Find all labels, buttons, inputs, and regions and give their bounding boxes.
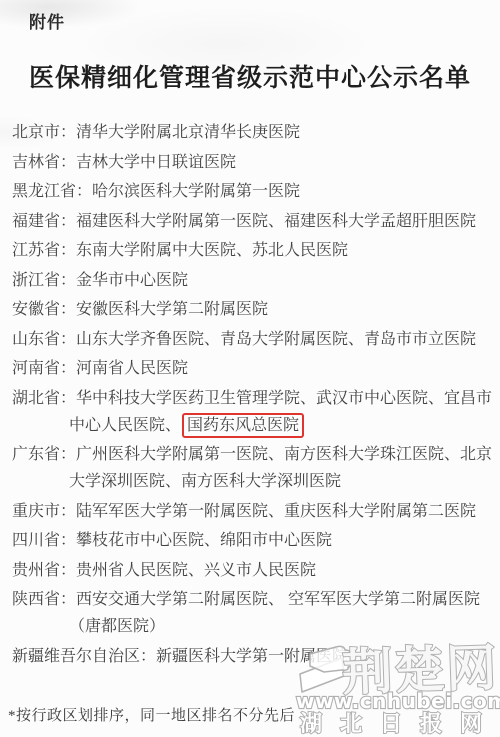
list-entry: 北京市：清华大学附属北京清华长庚医院 <box>12 119 496 146</box>
document-page: 附件 医保精细化管理省级示范中心公示名单 北京市：清华大学附属北京清华长庚医院吉… <box>0 0 500 737</box>
entry-line: 四川省：攀枝花市中心医院、绵阳市中心医院 <box>12 527 496 554</box>
entry-line: 浙江省：金华市中心医院 <box>12 267 496 294</box>
list-entry: 四川省：攀枝花市中心医院、绵阳市中心医院 <box>12 527 496 554</box>
watermark: 荆楚网 www.cnhubei.com 湖北日报网 <box>288 614 500 737</box>
watermark-caption: 湖北日报网 <box>300 711 500 737</box>
entry-line: 河南省：河南省人民医院 <box>12 355 496 382</box>
entry-line: 黑龙江省：哈尔滨医科大学附属第一医院 <box>12 178 496 205</box>
list-entry: 广东省：广州医科大学附属第一医院、南方医科大学珠江医院、北京大学深圳医院、南方医… <box>12 441 496 495</box>
footnote: *按行政区划排序，同一地区排名不分先后 <box>8 704 295 725</box>
entry-text: 吉林省：吉林大学中日联谊医院 <box>12 154 236 171</box>
watermark-url: www.cnhubei.com <box>296 689 500 713</box>
entry-line: 广东省：广州医科大学附属第一医院、南方医科大学珠江医院、北京 <box>12 441 496 468</box>
entry-text: 陕西省：西安交通大学第二附属医院、 空军军医大学第二附属医院 <box>12 591 480 608</box>
entry-text: 重庆市：陆军军医大学第一附属医院、重庆医科大学附属第二医院 <box>12 503 476 520</box>
entry-line: 贵州省：贵州省人民医院、兴义市人民医院 <box>12 557 496 584</box>
list-entry: 江苏省：东南大学附属中大医院、苏北人民医院 <box>12 237 496 264</box>
entry-text: 江苏省：东南大学附属中大医院、苏北人民医院 <box>12 242 348 259</box>
entry-line: 安徽省：安徽医科大学第二附属医院 <box>12 296 496 323</box>
entry-line: 福建省：福建医科大学附属第一医院、福建医科大学孟超肝胆医院 <box>12 208 496 235</box>
entry-text: 广东省：广州医科大学附属第一医院、南方医科大学珠江医院、北京 <box>12 446 492 463</box>
list-entry: 山东省：山东大学齐鲁医院、青岛大学附属医院、青岛市市立医院 <box>12 326 496 353</box>
entry-text: 大学深圳医院、南方医科大学深圳医院 <box>69 473 341 490</box>
entry-line: 湖北省：华中科技大学医药卫生管理学院、武汉市中心医院、宜昌市 <box>12 385 496 412</box>
list-entry: 吉林省：吉林大学中日联谊医院 <box>12 149 496 176</box>
entry-text: 浙江省：金华市中心医院 <box>12 272 188 289</box>
entry-line: 大学深圳医院、南方医科大学深圳医院 <box>12 468 496 495</box>
entry-text: 湖北省：华中科技大学医药卫生管理学院、武汉市中心医院、宜昌市 <box>12 390 492 407</box>
hospital-list: 北京市：清华大学附属北京清华长庚医院吉林省：吉林大学中日联谊医院黑龙江省：哈尔滨… <box>12 119 496 672</box>
entry-text: 贵州省：贵州省人民医院、兴义市人民医院 <box>12 562 316 579</box>
entry-text: 黑龙江省：哈尔滨医科大学附属第一医院 <box>12 183 300 200</box>
entry-line: 江苏省：东南大学附属中大医院、苏北人民医院 <box>12 237 496 264</box>
entry-text: 福建省：福建医科大学附属第一医院、福建医科大学孟超肝胆医院 <box>12 213 476 230</box>
list-entry: 重庆市：陆军军医大学第一附属医院、重庆医科大学附属第二医院 <box>12 498 496 525</box>
entry-text: 中心人民医院、 <box>69 417 181 434</box>
page-title: 医保精细化管理省级示范中心公示名单 <box>0 58 500 94</box>
entry-line: 中心人民医院、国药东风总医院 <box>12 412 496 439</box>
attachment-label: 附件 <box>29 8 65 33</box>
entry-text: （唐都医院） <box>69 618 165 635</box>
list-entry: 黑龙江省：哈尔滨医科大学附属第一医院 <box>12 178 496 205</box>
entry-text: 安徽省：安徽医科大学第二附属医院 <box>12 301 268 318</box>
list-entry: 湖北省：华中科技大学医药卫生管理学院、武汉市中心医院、宜昌市中心人民医院、国药东… <box>12 385 496 439</box>
entry-text: 山东省：山东大学齐鲁医院、青岛大学附属医院、青岛市市立医院 <box>12 331 476 348</box>
entry-line: 吉林省：吉林大学中日联谊医院 <box>12 149 496 176</box>
list-entry: 河南省：河南省人民医院 <box>12 355 496 382</box>
list-entry: 福建省：福建医科大学附属第一医院、福建医科大学孟超肝胆医院 <box>12 208 496 235</box>
entry-text: 河南省：河南省人民医院 <box>12 360 188 377</box>
entry-line: 山东省：山东大学齐鲁医院、青岛大学附属医院、青岛市市立医院 <box>12 326 496 353</box>
entry-text: 四川省：攀枝花市中心医院、绵阳市中心医院 <box>12 532 332 549</box>
list-entry: 安徽省：安徽医科大学第二附属医院 <box>12 296 496 323</box>
entry-text: 北京市：清华大学附属北京清华长庚医院 <box>12 124 300 141</box>
list-entry: 贵州省：贵州省人民医院、兴义市人民医院 <box>12 557 496 584</box>
entry-line: 北京市：清华大学附属北京清华长庚医院 <box>12 119 496 146</box>
list-entry: 浙江省：金华市中心医院 <box>12 267 496 294</box>
highlighted-hospital: 国药东风总医院 <box>182 413 304 438</box>
entry-line: 陕西省：西安交通大学第二附属医院、 空军军医大学第二附属医院 <box>12 586 496 613</box>
entry-line: 重庆市：陆军军医大学第一附属医院、重庆医科大学附属第二医院 <box>12 498 496 525</box>
